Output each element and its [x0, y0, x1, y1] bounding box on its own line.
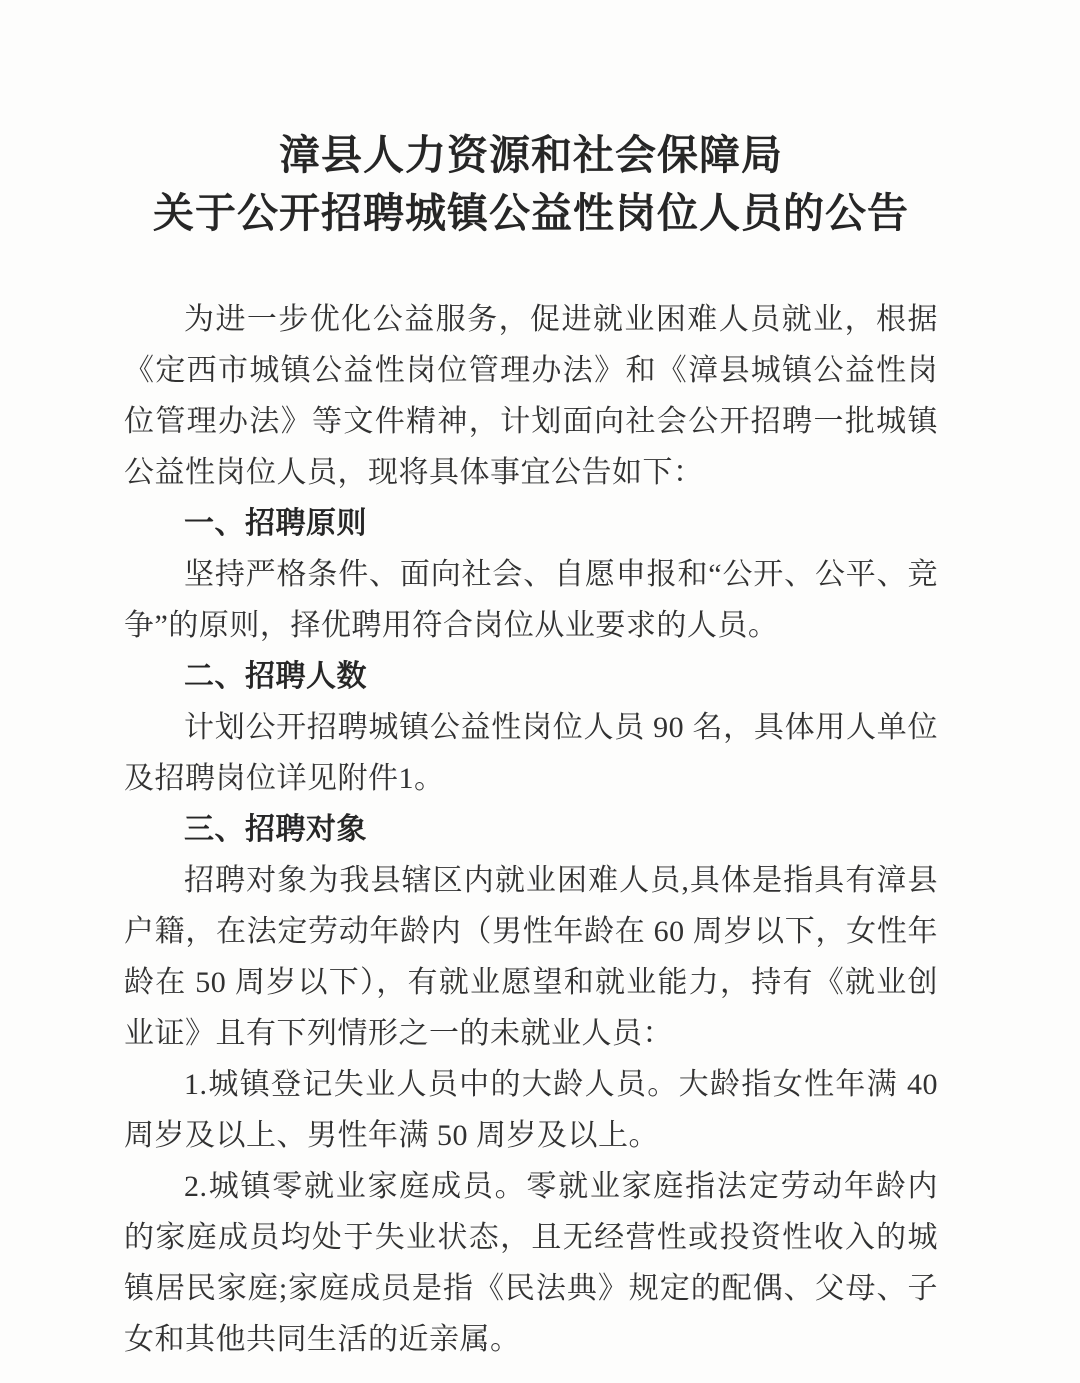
body-paragraph: 坚持严格条件、面向社会、自愿申报和“公开、公平、竞争”的原则，择优聘用符合岗位从…: [124, 549, 938, 651]
section-heading: 一、招聘原则: [124, 498, 938, 549]
document-page: 漳县人力资源和社会保障局 关于公开招聘城镇公益性岗位人员的公告 为进一步优化公益…: [0, 0, 1080, 1383]
body-paragraph: 1.城镇登记失业人员中的大龄人员。大龄指女性年满 40 周岁及以上、男性年满 5…: [124, 1059, 938, 1161]
section-heading: 三、招聘对象: [124, 804, 938, 855]
document-title-line1: 漳县人力资源和社会保障局: [124, 126, 938, 184]
document-body: 为进一步优化公益服务，促进就业困难人员就业，根据《定西市城镇公益性岗位管理办法》…: [124, 294, 938, 1365]
body-paragraph: 招聘对象为我县辖区内就业困难人员,具体是指具有漳县户籍，在法定劳动年龄内（男性年…: [124, 855, 938, 1059]
body-paragraph: 2.城镇零就业家庭成员。零就业家庭指法定劳动年龄内的家庭成员均处于失业状态，且无…: [124, 1161, 938, 1365]
body-paragraph: 为进一步优化公益服务，促进就业困难人员就业，根据《定西市城镇公益性岗位管理办法》…: [124, 294, 938, 498]
section-heading: 二、招聘人数: [124, 651, 938, 702]
body-paragraph: 计划公开招聘城镇公益性岗位人员 90 名，具体用人单位及招聘岗位详见附件1。: [124, 702, 938, 804]
document-title-line2: 关于公开招聘城镇公益性岗位人员的公告: [124, 184, 938, 242]
document-title: 漳县人力资源和社会保障局 关于公开招聘城镇公益性岗位人员的公告: [124, 126, 938, 242]
